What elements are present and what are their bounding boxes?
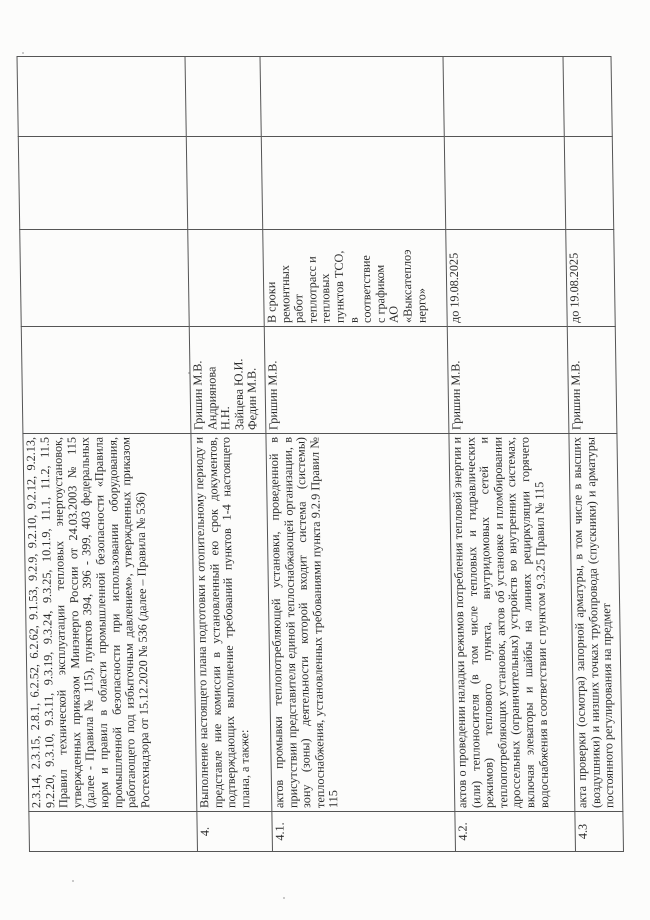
empty-cell: [18, 137, 187, 230]
empty-cell: [185, 57, 261, 137]
item-description-cell: актов о проведении наладки режимов потре…: [449, 434, 575, 812]
rotated-document-page: 2.3.14, 2.3.15, 2.8.1, 6.2.52, 6.2.62, 9…: [17, 57, 623, 852]
deadline-cell: до 19.08.2025: [566, 230, 616, 327]
responsible-person-cell: Гришин М.В.: [447, 327, 569, 434]
table-row: 2.3.14, 2.3.15, 2.8.1, 6.2.52, 6.2.62, 9…: [17, 57, 197, 852]
deadline-line: до 19.08.2025: [447, 233, 462, 323]
table-row: 4.1.актов промывки теплопотребляющей уст…: [260, 57, 455, 852]
deadline-line: пунктов ТСО,: [332, 233, 347, 323]
table-row: 4.2.актов о проведении наладки режимов п…: [443, 57, 575, 852]
item-description-cell: 2.3.14, 2.3.15, 2.8.1, 6.2.52, 6.2.62, 9…: [23, 434, 197, 812]
table-body: 2.3.14, 2.3.15, 2.8.1, 6.2.52, 6.2.62, 9…: [17, 57, 623, 852]
scan-speck: [283, 897, 285, 899]
responsible-person-cell: Гришин М.В.АндрияноваН.Н.Зайцева Ю.И.Фед…: [189, 327, 266, 434]
deadline-line: с графиком: [373, 233, 388, 323]
deadline-cell: [20, 230, 190, 327]
item-number-cell: 4.3: [575, 812, 624, 852]
scan-speck: [72, 880, 74, 882]
responsible-person-cell: Гришин М.В.: [264, 327, 449, 434]
empty-cell: [186, 137, 262, 230]
item-description-cell: акта проверки (осмотра) запорной арматур…: [569, 434, 623, 812]
empty-cell: [17, 57, 186, 137]
item-number-cell: [29, 812, 198, 852]
item-number-cell: 4.: [197, 812, 273, 852]
responsible-person-line: Гришин М.В.: [266, 330, 281, 430]
deadline-cell: [188, 230, 265, 327]
deadline-line: нерго»: [414, 233, 429, 323]
deadline-cell: В срокиремонтныхработтеплотрасс итепловы…: [263, 230, 448, 327]
responsible-person-cell: Гришин М.В.: [567, 327, 617, 434]
item-description-cell: актов промывки теплопотребляющей установ…: [266, 434, 455, 812]
deadline-line: до 19.08.2025: [567, 233, 582, 323]
deadline-line: ремонтных: [278, 233, 293, 323]
item-number-cell: 4.1.: [272, 812, 456, 852]
deadline-cell: до 19.08.2025: [446, 230, 568, 327]
item-number-cell: 4.2.: [455, 812, 576, 852]
responsible-person-line: Федин М.В.: [245, 330, 260, 430]
empty-cell: [564, 137, 613, 230]
table-row: 4.Выполнение настоящего плана подготовки…: [185, 57, 272, 852]
preparation-plan-table: 2.3.14, 2.3.15, 2.8.1, 6.2.52, 6.2.62, 9…: [16, 56, 624, 852]
deadline-line: «Выксатеплоэ: [400, 233, 415, 323]
empty-cell: [260, 57, 444, 137]
empty-cell: [444, 137, 565, 230]
empty-cell: [261, 137, 445, 230]
empty-cell: [563, 57, 612, 137]
scan-speck: [22, 52, 24, 54]
responsible-person-line: Гришин М.В.: [449, 330, 464, 430]
empty-cell: [443, 57, 564, 137]
responsible-person-cell: [21, 327, 191, 434]
responsible-person-line: Гришин М.В.: [569, 330, 584, 430]
item-description-cell: Выполнение настоящего плана подготовки к…: [191, 434, 272, 812]
